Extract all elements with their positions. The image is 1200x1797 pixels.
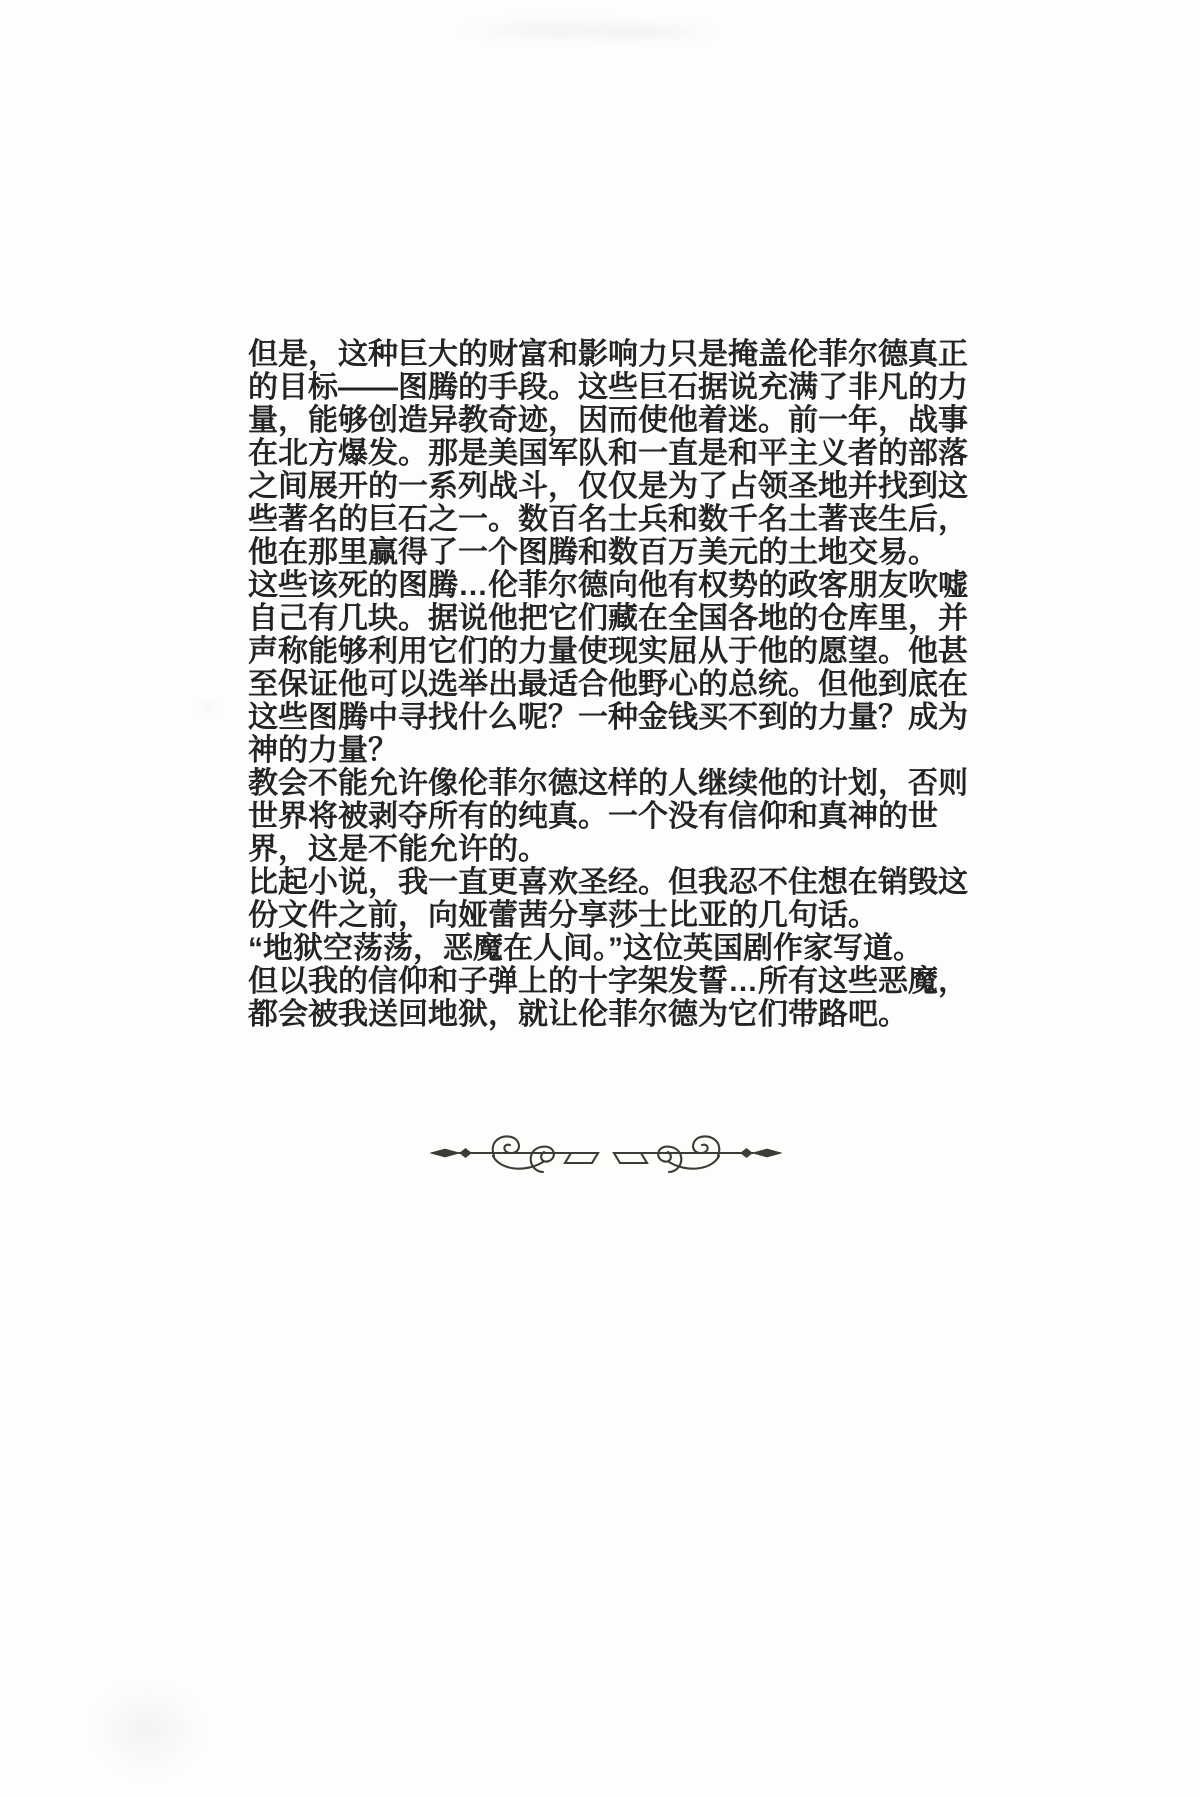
text-line: 份文件之前，向娅蕾茜分享莎士比亚的几句话。 — [248, 899, 982, 932]
scanned-page: 但是，这种巨大的财富和影响力只是掩盖伦菲尔德真正 的目标——图腾的手段。这些巨石… — [0, 0, 1200, 1797]
text-line: 神的力量？ — [248, 734, 982, 767]
text-line: 他在那里赢得了一个图腾和数百万美元的土地交易。 — [248, 536, 982, 569]
scan-smudge — [580, 20, 720, 44]
text-line: 但是，这种巨大的财富和影响力只是掩盖伦菲尔德真正 — [248, 338, 982, 371]
scan-smudge — [455, 16, 665, 44]
ornamental-flourish-divider-icon — [430, 1130, 782, 1176]
text-line: 在北方爆发。那是美国军队和一直是和平主义者的部落 — [248, 437, 982, 470]
text-line: 些著名的巨石之一。数百名士兵和数千名土著丧生后， — [248, 503, 982, 536]
text-line: 自己有几块。据说他把它们藏在全国各地的仓库里，并 — [248, 602, 982, 635]
text-line: 这些该死的图腾…伦菲尔德向他有权势的政客朋友吹嘘 — [248, 569, 982, 602]
text-line: 声称能够利用它们的力量使现实屈从于他的愿望。他甚 — [248, 635, 982, 668]
text-line: 教会不能允许像伦菲尔德这样的人继续他的计划，否则 — [248, 767, 982, 800]
text-line: “地狱空荡荡，恶魔在人间。”这位英国剧作家写道。 — [248, 932, 982, 965]
body-text: 但是，这种巨大的财富和影响力只是掩盖伦菲尔德真正 的目标——图腾的手段。这些巨石… — [248, 338, 982, 1031]
text-line: 之间展开的一系列战斗，仅仅是为了占领圣地并找到这 — [248, 470, 982, 503]
text-line: 的目标——图腾的手段。这些巨石据说充满了非凡的力 — [248, 371, 982, 404]
scan-smudge — [92, 1682, 202, 1777]
text-line: 比起小说，我一直更喜欢圣经。但我忍不住想在销毁这 — [248, 866, 982, 899]
text-line: 世界将被剥夺所有的纯真。一个没有信仰和真神的世 — [248, 800, 982, 833]
text-line: 都会被我送回地狱，就让伦菲尔德为它们带路吧。 — [248, 998, 982, 1031]
text-line: 界，这是不能允许的。 — [248, 833, 982, 866]
text-line: 量，能够创造异教奇迹，因而使他着迷。前一年，战事 — [248, 404, 982, 437]
text-line: 这些图腾中寻找什么呢？一种金钱买不到的力量？成为 — [248, 701, 982, 734]
scan-smudge — [200, 700, 216, 712]
text-line: 至保证他可以选举出最适合他野心的总统。但他到底在 — [248, 668, 982, 701]
text-line: 但以我的信仰和子弹上的十字架发誓…所有这些恶魔， — [248, 965, 982, 998]
